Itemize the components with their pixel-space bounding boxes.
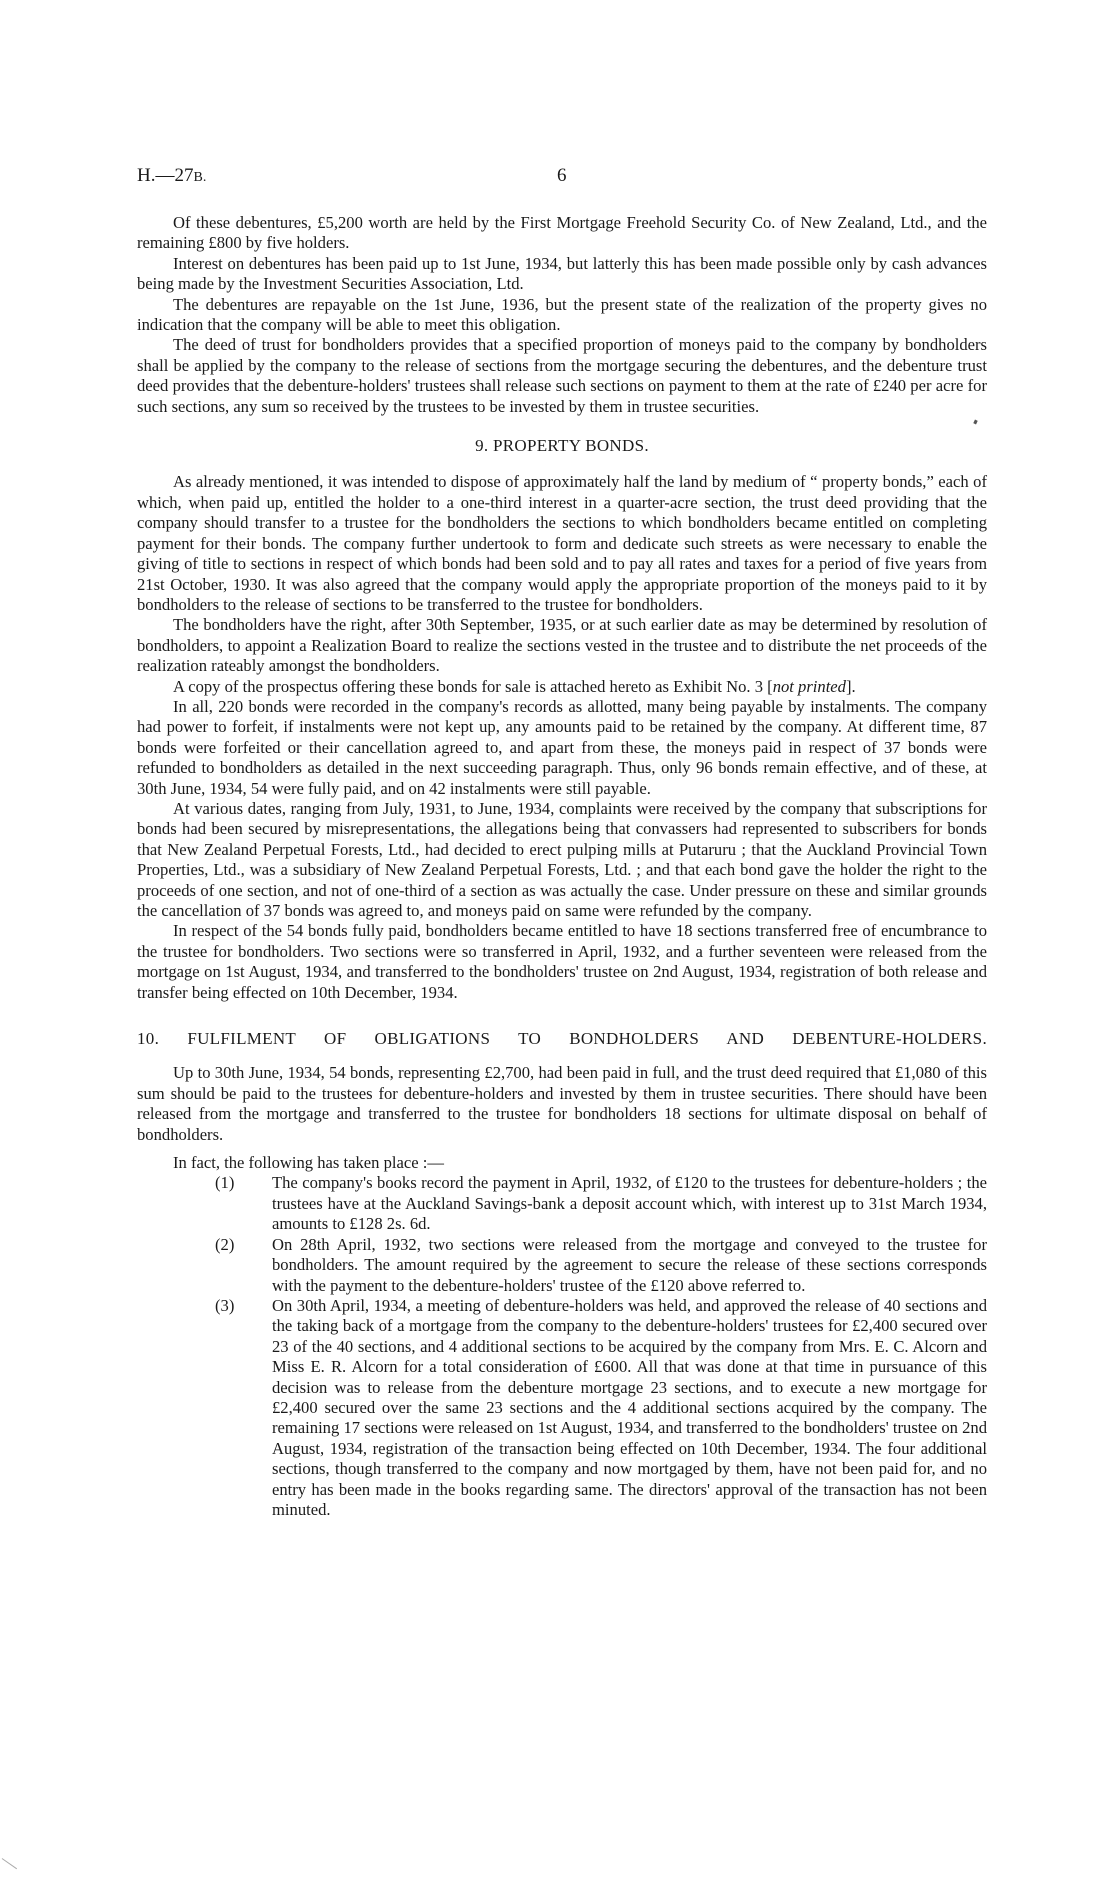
- section-10-heading: 10. FULFILMENT OF OBLIGATIONS TO BONDHOL…: [137, 1029, 987, 1049]
- exhibit-close: ].: [846, 677, 856, 696]
- paragraph: Of these debentures, £5,200 worth are he…: [137, 213, 987, 254]
- intro-block: Of these debentures, £5,200 worth are he…: [137, 213, 987, 417]
- section-10-body: Up to 30th June, 1934, 54 bonds, represe…: [137, 1063, 987, 1520]
- paragraph: In all, 220 bonds were recorded in the c…: [137, 697, 987, 799]
- paragraph: In respect of the 54 bonds fully paid, b…: [137, 921, 987, 1003]
- list-item: (1) The company's books record the payme…: [137, 1173, 987, 1234]
- scan-corner-artifact: [2, 1858, 17, 1869]
- paragraph: Up to 30th June, 1934, 54 bonds, represe…: [137, 1063, 987, 1145]
- exhibit-paragraph: A copy of the prospectus offering these …: [137, 677, 987, 697]
- list-item: (2) On 28th April, 1932, two sections we…: [137, 1235, 987, 1296]
- section-9-body: As already mentioned, it was intended to…: [137, 472, 987, 1003]
- running-head: H.—27B. 6: [137, 166, 987, 192]
- paragraph: The deed of trust for bondholders provid…: [137, 335, 987, 417]
- list-item-text: On 28th April, 1932, two sections were r…: [272, 1235, 987, 1295]
- document-page: H.—27B. 6 Of these debentures, £5,200 wo…: [137, 166, 987, 1520]
- paragraph: The bondholders have the right, after 30…: [137, 615, 987, 676]
- list-item-text: On 30th April, 1934, a meeting of debent…: [272, 1296, 987, 1519]
- paragraph: As already mentioned, it was intended to…: [137, 472, 987, 615]
- numbered-list: (1) The company's books record the payme…: [137, 1173, 987, 1520]
- list-item-number: (3): [215, 1296, 234, 1316]
- paragraph: The debentures are repayable on the 1st …: [137, 295, 987, 336]
- document-id-main: H.—27: [137, 165, 193, 186]
- document-id: H.—27B.: [137, 166, 206, 188]
- list-item: (3) On 30th April, 1934, a meeting of de…: [137, 1296, 987, 1520]
- section-9-heading: 9. PROPERTY BONDS.: [137, 436, 987, 456]
- list-lead-in: In fact, the following has taken place :…: [137, 1153, 987, 1173]
- paragraph: At various dates, ranging from July, 193…: [137, 799, 987, 921]
- list-item-text: The company's books record the payment i…: [272, 1173, 987, 1233]
- document-id-suffix: B.: [193, 170, 206, 185]
- paragraph: Interest on debentures has been paid up …: [137, 254, 987, 295]
- exhibit-note-italic: not printed: [773, 677, 846, 696]
- exhibit-text: A copy of the prospectus offering these …: [173, 677, 773, 696]
- list-item-number: (1): [215, 1173, 234, 1193]
- page-number: 6: [557, 166, 567, 186]
- list-item-number: (2): [215, 1235, 234, 1255]
